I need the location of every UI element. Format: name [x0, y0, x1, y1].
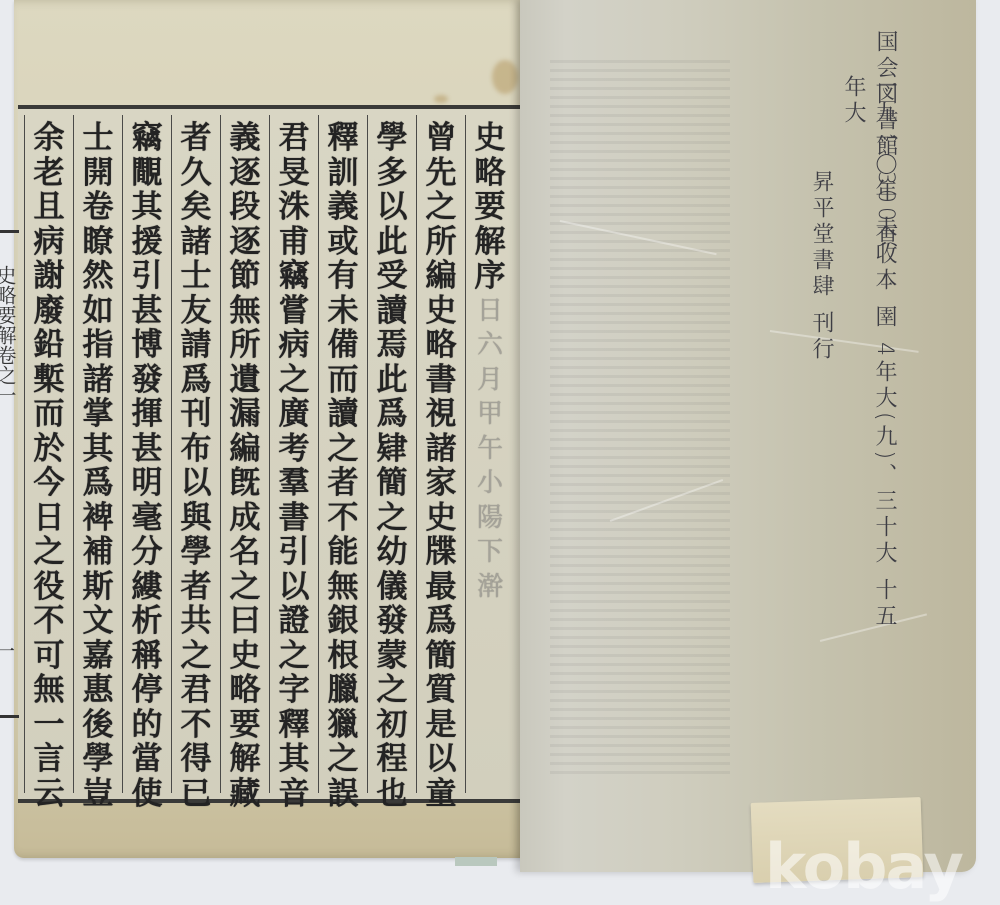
text-char: 今 — [34, 466, 65, 501]
right-page: 国会図書館 300頁 一九一〇年 未收本 圉 4年大(九)、三十大 十五年大 昇… — [520, 0, 976, 872]
title-char: 序 — [475, 259, 506, 294]
text-char: 要 — [230, 708, 261, 743]
text-char: 士 — [83, 121, 114, 156]
text-char: 洙 — [279, 190, 310, 225]
text-char: 曰 — [230, 604, 261, 639]
page-number: 一 — [0, 635, 15, 664]
text-char: 已 — [181, 777, 212, 812]
text-char: 段 — [230, 190, 261, 225]
text-char: 指 — [83, 328, 114, 363]
text-char: 或 — [328, 225, 359, 260]
text-char: 曾 — [426, 121, 457, 156]
fish-tail-mark — [0, 230, 19, 233]
text-char: 其 — [83, 432, 114, 467]
text-char: 最 — [426, 570, 457, 605]
text-char: 字 — [279, 673, 310, 708]
text-char: 槧 — [34, 363, 65, 398]
text-char: 牒 — [426, 535, 457, 570]
text-char: 受 — [377, 259, 408, 294]
text-char: 發 — [377, 604, 408, 639]
text-char: 所 — [230, 328, 261, 363]
banxin-title: 史略要解卷之一 — [0, 265, 18, 405]
text-char: 此 — [377, 225, 408, 260]
text-char: 編 — [230, 432, 261, 467]
text-char: 之 — [181, 639, 212, 674]
text-char: 能 — [328, 535, 359, 570]
text-char: 廣 — [279, 397, 310, 432]
faint-bleed-char: 陽 — [477, 501, 503, 536]
text-char: 釋 — [279, 708, 310, 743]
text-char: 史 — [426, 294, 457, 329]
text-char: 言 — [34, 742, 65, 777]
text-char: 不 — [34, 604, 65, 639]
text-char: 不 — [181, 708, 212, 743]
text-char: 以 — [377, 190, 408, 225]
faint-bleed-char: 月 — [477, 363, 503, 398]
text-char: 之 — [279, 639, 310, 674]
text-char: 逐 — [230, 225, 261, 260]
text-char: 之 — [328, 432, 359, 467]
faint-bleed-char: 六 — [477, 328, 503, 363]
title-char: 史 — [475, 121, 506, 156]
text-char: 史 — [230, 639, 261, 674]
text-char: 毫 — [132, 501, 163, 536]
preface-title-column: 史略要解序 史略要解序日六月甲午小陽下澣 — [465, 115, 514, 793]
text-char: 而 — [34, 397, 65, 432]
text-char: 矣 — [181, 190, 212, 225]
text-char: 久 — [181, 156, 212, 191]
text-char: 無 — [230, 294, 261, 329]
text-char: 廢 — [34, 294, 65, 329]
text-char: 可 — [34, 639, 65, 674]
text-char: 學 — [377, 121, 408, 156]
text-char: 豈 — [83, 777, 114, 812]
faint-bleed-char: 午 — [477, 432, 503, 467]
text-char: 析 — [132, 604, 163, 639]
text-char: 補 — [83, 535, 114, 570]
text-column-7: 竊覸其援引甚博發揮甚明毫分縷析稱停的當使 — [122, 115, 171, 793]
watermark-logo: kobay — [765, 830, 962, 903]
text-char: 士 — [181, 259, 212, 294]
faint-bleed-char: 小 — [477, 466, 503, 501]
handwritten-note-3: 昇平堂書肆 刊行 — [806, 170, 837, 390]
text-char: 以 — [426, 742, 457, 777]
text-char: 刊 — [181, 397, 212, 432]
text-char: 後 — [83, 708, 114, 743]
text-char: 也 — [377, 777, 408, 812]
text-char: 友 — [181, 294, 212, 329]
text-char: 其 — [279, 742, 310, 777]
text-char: 訓 — [328, 156, 359, 191]
text-char: 停 — [132, 673, 163, 708]
text-char: 爲 — [377, 397, 408, 432]
text-char: 諸 — [426, 432, 457, 467]
text-char: 所 — [426, 225, 457, 260]
text-char: 書 — [426, 363, 457, 398]
text-column-6: 者久矣諸士友請爲刊布以與學者共之君不得已 — [171, 115, 220, 793]
text-char: 考 — [279, 432, 310, 467]
text-char: 竊 — [279, 259, 310, 294]
faint-bleed-char: 下 — [477, 535, 503, 570]
water-stain — [492, 60, 518, 94]
text-column-9: 余老且病謝廢鉛槧而於今日之役不可無一言云 — [24, 115, 73, 793]
text-char: 甚 — [132, 432, 163, 467]
text-char: 請 — [181, 328, 212, 363]
text-char: 名 — [230, 535, 261, 570]
text-char: 質 — [426, 673, 457, 708]
faint-bleed-char: 澣 — [477, 570, 503, 605]
text-char: 者 — [181, 570, 212, 605]
text-char: 書 — [279, 501, 310, 536]
text-char: 覸 — [132, 156, 163, 191]
title-char: 要 — [475, 190, 506, 225]
text-char: 音 — [279, 777, 310, 812]
fish-tail-mark — [0, 715, 19, 718]
text-char: 獵 — [328, 708, 359, 743]
text-char: 旻 — [279, 156, 310, 191]
text-char: 爲 — [181, 363, 212, 398]
text-char: 與 — [181, 501, 212, 536]
text-column-2: 學多以此受讀焉此爲肄簡之幼儀發蒙之初程也 — [367, 115, 416, 793]
text-char: 學 — [83, 742, 114, 777]
text-char: 當 — [132, 742, 163, 777]
text-char: 編 — [426, 259, 457, 294]
text-char: 旣 — [230, 466, 261, 501]
text-char: 誤 — [328, 777, 359, 812]
text-char: 分 — [132, 535, 163, 570]
text-char: 簡 — [377, 466, 408, 501]
text-char: 學 — [181, 535, 212, 570]
text-char: 君 — [181, 673, 212, 708]
left-page: 史略要解序 史略要解序日六月甲午小陽下澣 曾先之所編史略書視諸家史牒最爲簡質是以… — [14, 0, 526, 858]
text-char: 日 — [34, 501, 65, 536]
text-char: 未 — [328, 294, 359, 329]
text-char: 無 — [34, 673, 65, 708]
text-char: 嘗 — [279, 294, 310, 329]
text-char: 羣 — [279, 466, 310, 501]
text-char: 義 — [328, 190, 359, 225]
text-char: 諸 — [83, 363, 114, 398]
text-char: 之 — [279, 363, 310, 398]
text-char: 得 — [181, 742, 212, 777]
text-char: 備 — [328, 328, 359, 363]
text-char: 揮 — [132, 397, 163, 432]
text-char: 使 — [132, 777, 163, 812]
text-char: 瞭 — [83, 225, 114, 260]
text-char: 引 — [132, 259, 163, 294]
text-char: 不 — [328, 501, 359, 536]
text-char: 甫 — [279, 225, 310, 260]
text-char: 如 — [83, 294, 114, 329]
book-photo: 史略要解序 史略要解序日六月甲午小陽下澣 曾先之所編史略書視諸家史牒最爲簡質是以… — [0, 0, 1000, 905]
text-char: 其 — [132, 190, 163, 225]
text-char: 竊 — [132, 121, 163, 156]
text-char: 蒙 — [377, 639, 408, 674]
text-char: 引 — [279, 535, 310, 570]
banxin-fold-margin: 史略要解卷之一一 — [0, 115, 24, 793]
text-char: 史 — [426, 501, 457, 536]
text-char: 義 — [230, 121, 261, 156]
text-char: 的 — [132, 708, 163, 743]
text-char: 開 — [83, 156, 114, 191]
text-char: 者 — [181, 121, 212, 156]
text-char: 以 — [181, 466, 212, 501]
text-char: 之 — [230, 570, 261, 605]
text-char: 且 — [34, 190, 65, 225]
text-char: 共 — [181, 604, 212, 639]
text-char: 有 — [328, 259, 359, 294]
text-char: 銀 — [328, 604, 359, 639]
text-column-1: 曾先之所編史略書視諸家史牒最爲簡質是以童 — [416, 115, 465, 793]
text-char: 卷 — [83, 190, 114, 225]
text-char: 臘 — [328, 673, 359, 708]
handwritten-note-2: 一九一〇年 未收本 圉 4年大(九)、三十大 十五年大 — [838, 75, 900, 635]
text-char: 余 — [34, 121, 65, 156]
text-char: 惠 — [83, 673, 114, 708]
text-char: 先 — [426, 156, 457, 191]
text-char: 一 — [34, 708, 65, 743]
text-char: 嘉 — [83, 639, 114, 674]
text-char: 多 — [377, 156, 408, 191]
text-char: 斯 — [83, 570, 114, 605]
text-char: 根 — [328, 639, 359, 674]
text-char: 讀 — [377, 294, 408, 329]
text-char: 節 — [230, 259, 261, 294]
text-char: 儀 — [377, 570, 408, 605]
text-char: 童 — [426, 777, 457, 812]
text-char: 君 — [279, 121, 310, 156]
text-char: 讀 — [328, 397, 359, 432]
text-char: 是 — [426, 708, 457, 743]
text-char: 病 — [279, 328, 310, 363]
text-char: 之 — [426, 190, 457, 225]
text-char: 家 — [426, 466, 457, 501]
title-char: 解 — [475, 225, 506, 260]
text-char: 明 — [132, 466, 163, 501]
text-char: 爲 — [83, 466, 114, 501]
text-columns: 史略要解序 史略要解序日六月甲午小陽下澣 曾先之所編史略書視諸家史牒最爲簡質是以… — [0, 115, 514, 793]
bleed-through-text — [550, 60, 730, 780]
text-char: 老 — [34, 156, 65, 191]
text-char: 證 — [279, 604, 310, 639]
text-column-5: 義逐段逐節無所遺漏編旣成名之曰史略要解藏 — [220, 115, 269, 793]
text-char: 略 — [230, 673, 261, 708]
text-char: 之 — [328, 742, 359, 777]
water-stain — [434, 95, 448, 103]
text-char: 援 — [132, 225, 163, 260]
text-column-8: 士開卷瞭然如指諸掌其爲裨補斯文嘉惠後學豈 — [73, 115, 122, 793]
text-char: 之 — [377, 501, 408, 536]
text-char: 無 — [328, 570, 359, 605]
title-char: 略 — [475, 156, 506, 191]
text-char: 稱 — [132, 639, 163, 674]
text-char: 云 — [34, 777, 65, 812]
text-char: 鉛 — [34, 328, 65, 363]
text-char: 掌 — [83, 397, 114, 432]
text-char: 漏 — [230, 397, 261, 432]
text-char: 逐 — [230, 156, 261, 191]
text-char: 焉 — [377, 328, 408, 363]
text-char: 程 — [377, 742, 408, 777]
text-char: 諸 — [181, 225, 212, 260]
text-column-4: 君旻洙甫竊嘗病之廣考羣書引以證之字釋其音 — [269, 115, 318, 793]
text-char: 文 — [83, 604, 114, 639]
text-char: 藏 — [230, 777, 261, 812]
text-char: 縷 — [132, 570, 163, 605]
text-char: 役 — [34, 570, 65, 605]
text-char: 解 — [230, 742, 261, 777]
text-char: 甚 — [132, 294, 163, 329]
text-char: 幼 — [377, 535, 408, 570]
text-char: 者 — [328, 466, 359, 501]
text-char: 而 — [328, 363, 359, 398]
text-char: 釋 — [328, 121, 359, 156]
text-char: 遺 — [230, 363, 261, 398]
faint-bleed-char: 甲 — [477, 397, 503, 432]
text-char: 肄 — [377, 432, 408, 467]
text-char: 以 — [279, 570, 310, 605]
printed-text-frame: 史略要解序 史略要解序日六月甲午小陽下澣 曾先之所編史略書視諸家史牒最爲簡質是以… — [18, 105, 520, 803]
faint-bleed-char: 日 — [477, 294, 503, 329]
bookmark-strip — [455, 857, 497, 866]
text-char: 此 — [377, 363, 408, 398]
text-char: 爲 — [426, 604, 457, 639]
text-char: 略 — [426, 328, 457, 363]
text-char: 於 — [34, 432, 65, 467]
text-column-3: 釋訓義或有未備而讀之者不能無銀根臘獵之誤 — [318, 115, 367, 793]
text-char: 謝 — [34, 259, 65, 294]
text-char: 之 — [377, 673, 408, 708]
text-char: 視 — [426, 397, 457, 432]
text-char: 之 — [34, 535, 65, 570]
text-char: 裨 — [83, 501, 114, 536]
text-char: 布 — [181, 432, 212, 467]
text-char: 初 — [377, 708, 408, 743]
text-char: 然 — [83, 259, 114, 294]
text-char: 博 — [132, 328, 163, 363]
text-char: 發 — [132, 363, 163, 398]
text-char: 成 — [230, 501, 261, 536]
text-char: 病 — [34, 225, 65, 260]
text-char: 簡 — [426, 639, 457, 674]
